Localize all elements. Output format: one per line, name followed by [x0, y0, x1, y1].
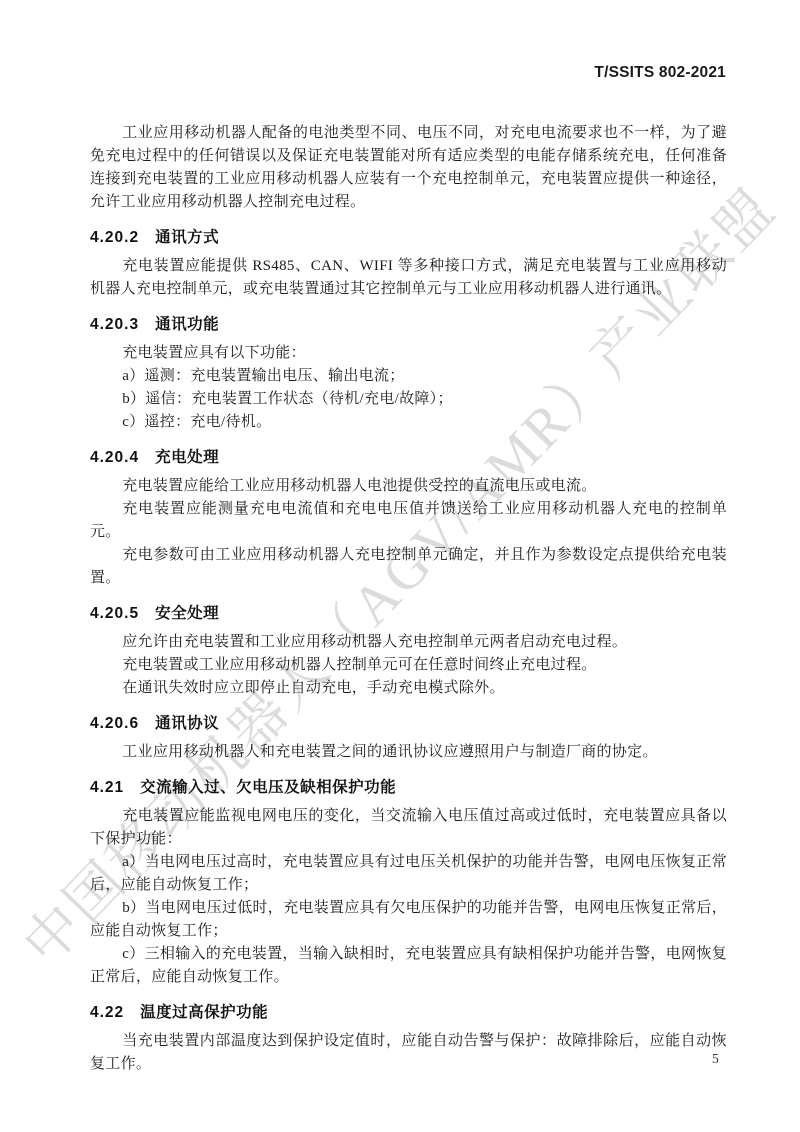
- paragraph: 充电装置应能监视电网电压的变化，当交流输入电压值过高或过低时，充电装置应具备以下…: [90, 805, 727, 851]
- section-heading: 4.20.4充电处理: [90, 446, 727, 469]
- paragraph: b）当电网电压过低时，充电装置应具有欠电压保护的功能并告警，电网电压恢复正常后，…: [90, 897, 727, 943]
- paragraph: a）遥测：充电装置输出电压、输出电流；: [90, 365, 727, 388]
- section-number: 4.22: [90, 1001, 124, 1024]
- paragraph: c）三相输入的充电装置，当输入缺相时，充电装置应具有缺相保护功能并告警，电网恢复…: [90, 943, 727, 989]
- paragraph: 当充电装置内部温度达到保护设定值时，应能自动告警与保护：故障排除后，应能自动恢复…: [90, 1030, 727, 1076]
- paragraph: 在通讯失效时应立即停止自动充电，手动充电模式除外。: [90, 677, 727, 700]
- section-title: 通讯方式: [155, 226, 219, 249]
- section-heading: 4.20.3通讯功能: [90, 313, 727, 336]
- section-title: 充电处理: [155, 446, 219, 469]
- document-page: T/SSITS 802-2021 中国移动机器人（AGV/AMR）产业联盟 工业…: [0, 0, 800, 1132]
- paragraph: 应允许由充电装置和工业应用移动机器人充电控制单元两者启动充电过程。: [90, 631, 727, 654]
- section-heading: 4.21交流输入过、欠电压及缺相保护功能: [90, 776, 727, 799]
- paragraph: 充电装置或工业应用移动机器人控制单元可在任意时间终止充电过程。: [90, 654, 727, 677]
- paragraph: 工业应用移动机器人配备的电池类型不同、电压不同，对充电电流要求也不一样，为了避免…: [90, 122, 727, 214]
- section-number: 4.20.5: [90, 602, 139, 625]
- document-header: T/SSITS 802-2021: [594, 64, 726, 82]
- section-heading: 4.20.2通讯方式: [90, 226, 727, 249]
- paragraph: 充电装置应具有以下功能：: [90, 342, 727, 365]
- paragraph: 充电装置应能提供 RS485、CAN、WIFI 等多种接口方式，满足充电装置与工…: [90, 255, 727, 301]
- standard-code: T/SSITS 802-2021: [594, 64, 726, 81]
- section-heading: 4.22温度过高保护功能: [90, 1001, 727, 1024]
- paragraph: b）遥信：充电装置工作状态（待机/充电/故障）；: [90, 388, 727, 411]
- section-heading: 4.20.5安全处理: [90, 602, 727, 625]
- section-number: 4.20.3: [90, 313, 139, 336]
- section-title: 通讯协议: [155, 712, 219, 735]
- section-heading: 4.20.6通讯协议: [90, 712, 727, 735]
- section-number: 4.20.6: [90, 712, 139, 735]
- section-number: 4.20.4: [90, 446, 139, 469]
- section-title: 交流输入过、欠电压及缺相保护功能: [140, 776, 396, 799]
- paragraph: 工业应用移动机器人和充电装置之间的通讯协议应遵照用户与制造厂商的协定。: [90, 741, 727, 764]
- paragraph: c）遥控：充电/待机。: [90, 411, 727, 434]
- section-title: 安全处理: [155, 602, 219, 625]
- page-number: 5: [712, 1051, 719, 1067]
- paragraph: 充电参数可由工业应用移动机器人充电控制单元确定，并且作为参数设定点提供给充电装置…: [90, 544, 727, 590]
- section-title: 温度过高保护功能: [140, 1001, 268, 1024]
- paragraph: 充电装置应能给工业应用移动机器人电池提供受控的直流电压或电流。: [90, 475, 727, 498]
- section-title: 通讯功能: [155, 313, 219, 336]
- section-number: 4.21: [90, 776, 124, 799]
- paragraph: 充电装置应能测量充电电流值和充电电压值并馈送给工业应用移动机器人充电的控制单元。: [90, 498, 727, 544]
- paragraph: a）当电网电压过高时，充电装置应具有过电压关机保护的功能并告警，电网电压恢复正常…: [90, 851, 727, 897]
- section-number: 4.20.2: [90, 226, 139, 249]
- document-body: 工业应用移动机器人配备的电池类型不同、电压不同，对充电电流要求也不一样，为了避免…: [90, 122, 727, 1076]
